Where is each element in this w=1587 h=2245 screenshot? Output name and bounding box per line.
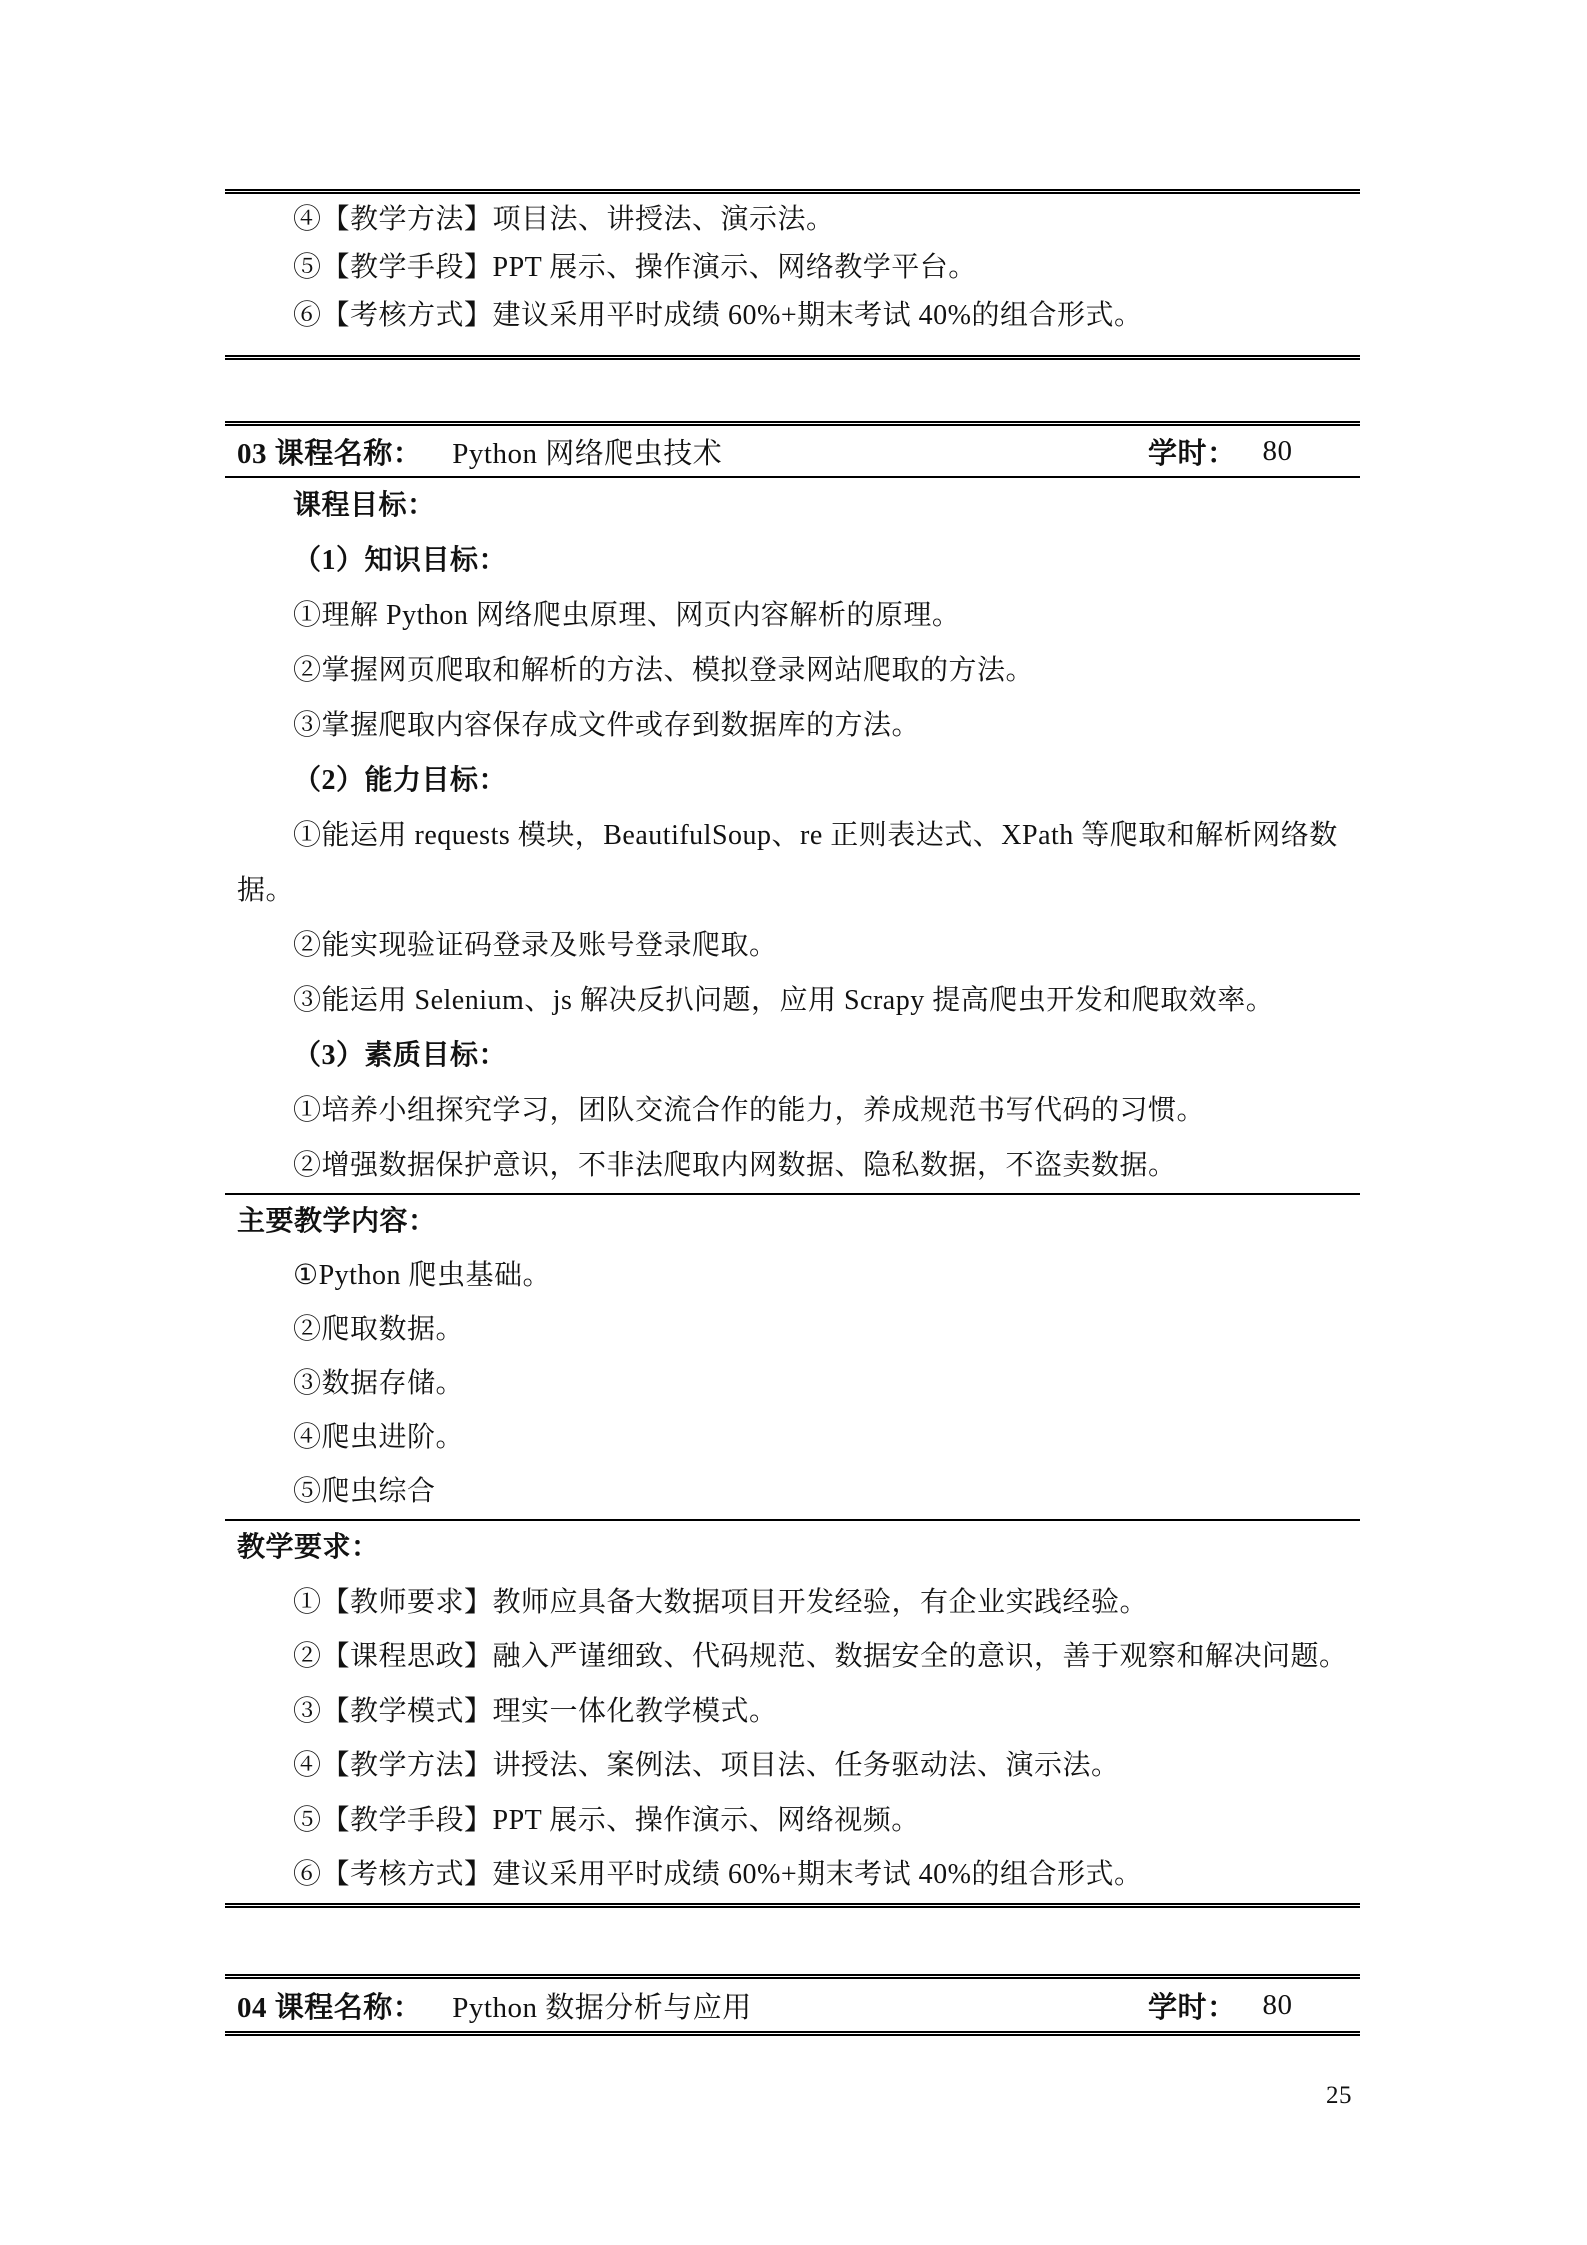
ability-goal-1: ①能运用 requests 模块，BeautifulSoup、re 正则表达式、… <box>237 808 1360 863</box>
content-item-5: ⑤爬虫综合 <box>237 1465 1360 1519</box>
course-03-header-row: 03 课程名称： Python 网络爬虫技术 学时： 80 <box>225 426 1360 478</box>
knowledge-goals-title: （1）知识目标： <box>237 533 1360 588</box>
page-number: 25 <box>1326 2082 1352 2110</box>
course-03-id-label: 03 课程名称： <box>237 431 422 472</box>
course-04-hours-value: 80 <box>1263 1989 1293 2022</box>
content-item-2: ②爬取数据。 <box>237 1303 1360 1357</box>
quality-goals-title: （3）素质目标： <box>237 1028 1360 1083</box>
req-mode: ③【教学模式】理实一体化教学模式。 <box>237 1685 1360 1740</box>
course-03-objectives-cell: 课程目标： （1）知识目标： ①理解 Python 网络爬虫原理、网页内容解析的… <box>225 478 1360 1195</box>
objectives-title: 课程目标： <box>237 478 1360 533</box>
knowledge-goal-3: ③掌握爬取内容保存成文件或存到数据库的方法。 <box>237 698 1360 753</box>
content-item-3: ③数据存储。 <box>237 1357 1360 1411</box>
knowledge-goal-1: ①理解 Python 网络爬虫原理、网页内容解析的原理。 <box>237 588 1360 643</box>
req-teacher: ①【教师要求】教师应具备大数据项目开发经验，有企业实践经验。 <box>237 1576 1360 1631</box>
ability-goal-2: ②能实现验证码登录及账号登录爬取。 <box>237 918 1360 973</box>
content-title: 主要教学内容： <box>237 1195 1360 1249</box>
course-04-hours: 学时： 80 <box>1148 1979 1293 2031</box>
requirements-title: 教学要求： <box>237 1521 1360 1576</box>
course-03-content-cell: 主要教学内容： ①Python 爬虫基础。 ②爬取数据。 ③数据存储。 ④爬虫进… <box>225 1195 1360 1521</box>
course-04-hours-label: 学时： <box>1148 1985 1237 2026</box>
content-item-1: ①Python 爬虫基础。 <box>237 1249 1360 1303</box>
req-means: ⑤【教学手段】PPT 展示、操作演示、网络视频。 <box>237 1794 1360 1849</box>
req-method: ④【教学方法】讲授法、案例法、项目法、任务驱动法、演示法。 <box>237 1739 1360 1794</box>
course-03-hours-value: 80 <box>1263 435 1293 468</box>
prev-course-means-row: ⑤【教学手段】PPT 展示、操作演示、网络教学平台。 <box>237 244 1360 292</box>
prev-course-method-row: ④【教学方法】项目法、讲授法、演示法。 <box>237 196 1360 244</box>
ability-goal-1-wrap: 据。 <box>237 863 1360 918</box>
course-04-id-label: 04 课程名称： <box>237 1985 422 2026</box>
quality-goal-1: ①培养小组探究学习，团队交流合作的能力，养成规范书写代码的习惯。 <box>237 1083 1360 1138</box>
course-04-table: 04 课程名称： Python 数据分析与应用 学时： 80 <box>225 1974 1360 2036</box>
ability-goal-3: ③能运用 Selenium、js 解决反扒问题，应用 Scrapy 提高爬虫开发… <box>237 973 1360 1028</box>
req-ideology: ②【课程思政】融入严谨细致、代码规范、数据安全的意识，善于观察和解决问题。 <box>237 1630 1360 1685</box>
ability-goals-title: （2）能力目标： <box>237 753 1360 808</box>
course-04-header-row: 04 课程名称： Python 数据分析与应用 学时： 80 <box>225 1979 1360 2031</box>
content-item-4: ④爬虫进阶。 <box>237 1411 1360 1465</box>
course-02-table-tail: ④【教学方法】项目法、讲授法、演示法。 ⑤【教学手段】PPT 展示、操作演示、网… <box>225 189 1360 360</box>
req-assessment: ⑥【考核方式】建议采用平时成绩 60%+期末考试 40%的组合形式。 <box>237 1848 1360 1903</box>
course-03-name: Python 网络爬虫技术 <box>452 431 722 472</box>
course-03-hours-label: 学时： <box>1148 431 1237 472</box>
document-page: ④【教学方法】项目法、讲授法、演示法。 ⑤【教学手段】PPT 展示、操作演示、网… <box>0 0 1587 2245</box>
course-03-table: 03 课程名称： Python 网络爬虫技术 学时： 80 课程目标： （1）知… <box>225 421 1360 1908</box>
quality-goal-2: ②增强数据保护意识，不非法爬取内网数据、隐私数据，不盗卖数据。 <box>237 1138 1360 1193</box>
course-04-name: Python 数据分析与应用 <box>452 1985 751 2026</box>
course-03-requirements-cell: 教学要求： ①【教师要求】教师应具备大数据项目开发经验，有企业实践经验。 ②【课… <box>225 1521 1360 1903</box>
prev-course-assessment-row: ⑥【考核方式】建议采用平时成绩 60%+期末考试 40%的组合形式。 <box>237 292 1360 340</box>
course-03-hours: 学时： 80 <box>1148 426 1293 476</box>
knowledge-goal-2: ②掌握网页爬取和解析的方法、模拟登录网站爬取的方法。 <box>237 643 1360 698</box>
